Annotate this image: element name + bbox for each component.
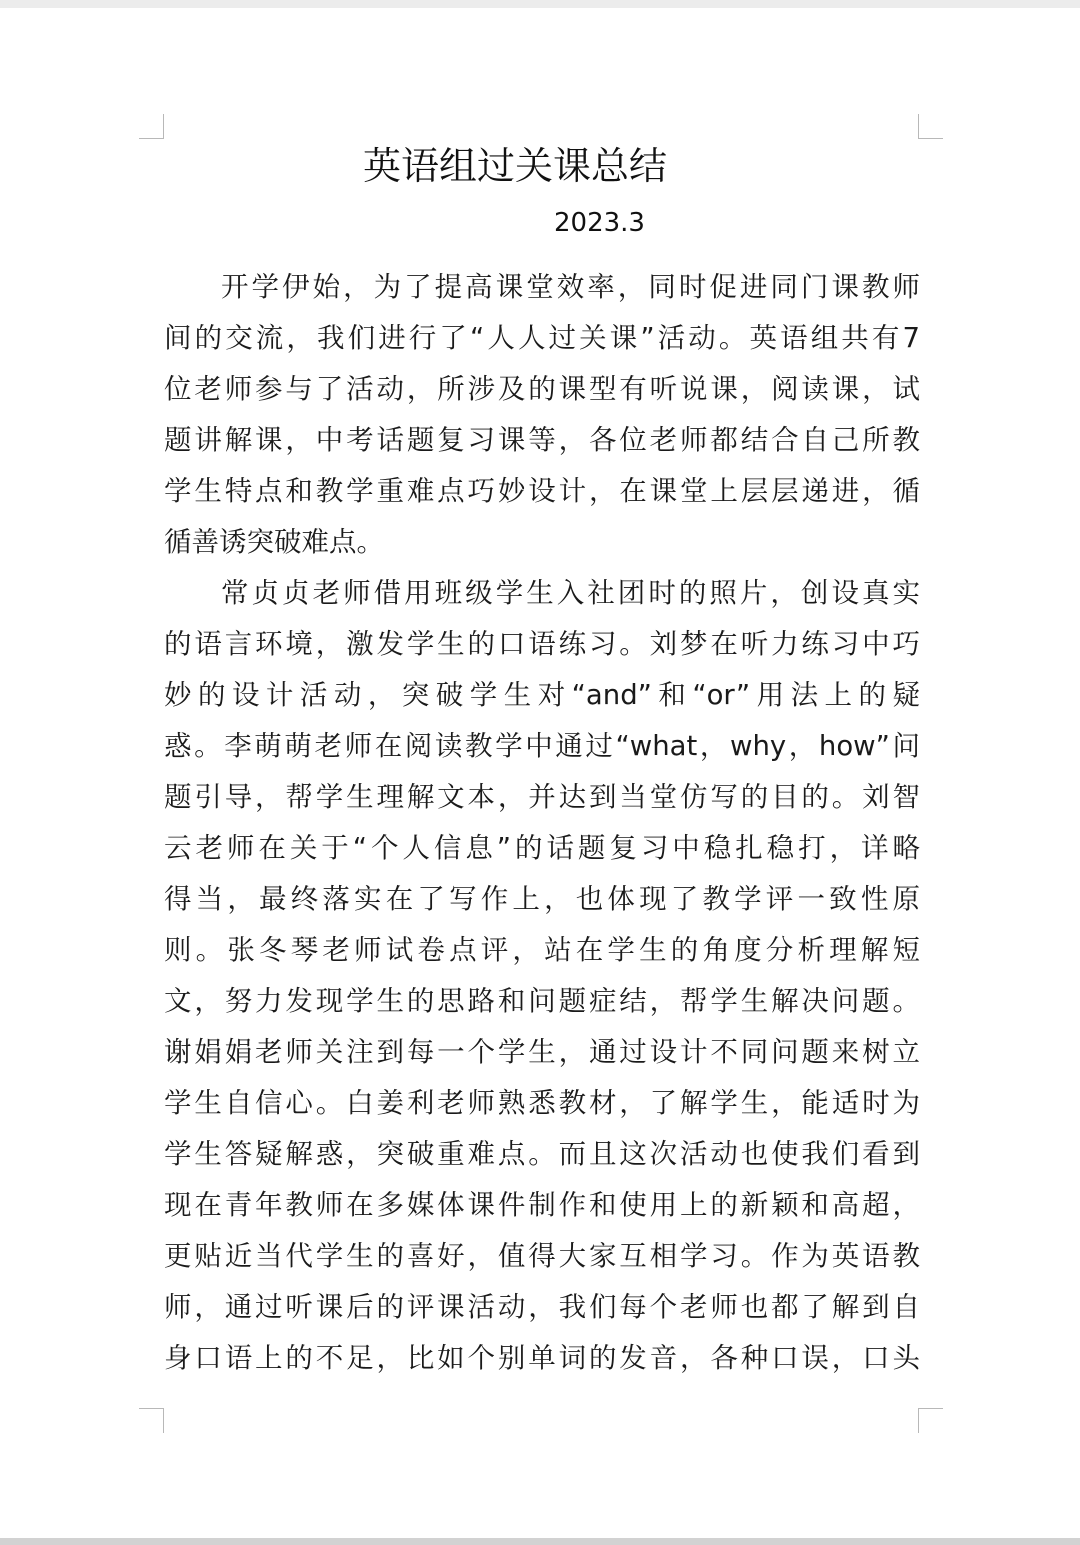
document-date: 2023.3 [554, 203, 645, 243]
top-page-gap [0, 0, 1080, 8]
paragraph-2: 常贞贞老师借用班级学生入社团时的照片，创设真实 的语言环境，激发学生的口语练习。… [164, 568, 920, 1384]
document-body: 开学伊始，为了提高课堂效率，同时促进同门课教师 间的交流，我们进行了“人人过关课… [164, 262, 920, 1384]
text-line: 更贴近当代学生的喜好，值得大家互相学习。作为英语教 [164, 1231, 920, 1282]
text-line: 学生答疑解惑，突破重难点。而且这次活动也使我们看到 [164, 1129, 920, 1180]
text-line: 的语言环境，激发学生的口语练习。刘梦在听力练习中巧 [164, 619, 920, 670]
text-line: 云老师在关于“个人信息”的话题复习中稳扎稳打，详略 [164, 823, 920, 874]
crop-mark-bottom-left [139, 1408, 164, 1433]
text-line: 间的交流，我们进行了“人人过关课”活动。英语组共有7 [164, 313, 920, 364]
text-line: 谢娟娟老师关注到每一个学生，通过设计不同问题来树立 [164, 1027, 920, 1078]
text-line: 文，努力发现学生的思路和问题症结，帮学生解决问题。 [164, 976, 920, 1027]
text-line: 则。张冬琴老师试卷点评，站在学生的角度分析理解短 [164, 925, 920, 976]
document-title: 英语组过关课总结 [0, 140, 1030, 192]
text-line: 循善诱突破难点。 [164, 517, 920, 568]
text-line: 题讲解课，中考话题复习课等，各位老师都结合自己所教 [164, 415, 920, 466]
text-line: 学生自信心。白姜利老师熟悉教材，了解学生，能适时为 [164, 1078, 920, 1129]
crop-mark-top-left [139, 114, 164, 139]
text-line: 师，通过听课后的评课活动，我们每个老师也都了解到自 [164, 1282, 920, 1333]
text-line: 常贞贞老师借用班级学生入社团时的照片，创设真实 [164, 568, 920, 619]
text-line: 学生特点和教学重难点巧妙设计，在课堂上层层递进，循 [164, 466, 920, 517]
text-line: 惑。李萌萌老师在阅读教学中通过“what，why，how”问 [164, 721, 920, 772]
paragraph-1: 开学伊始，为了提高课堂效率，同时促进同门课教师 间的交流，我们进行了“人人过关课… [164, 262, 920, 568]
text-line: 位老师参与了活动，所涉及的课型有听说课，阅读课，试 [164, 364, 920, 415]
text-line: 开学伊始，为了提高课堂效率，同时促进同门课教师 [164, 262, 920, 313]
text-line: 题引导，帮学生理解文本，并达到当堂仿写的目的。刘智 [164, 772, 920, 823]
text-line: 身口语上的不足，比如个别单词的发音，各种口误，口头 [164, 1333, 920, 1384]
crop-mark-bottom-right [918, 1408, 943, 1433]
text-line: 妙的设计活动，突破学生对“and”和“or”用法上的疑 [164, 670, 920, 721]
bottom-page-gap [0, 1538, 1080, 1545]
crop-mark-top-right [918, 114, 943, 139]
text-line: 现在青年教师在多媒体课件制作和使用上的新颖和高超， [164, 1180, 920, 1231]
text-line: 得当，最终落实在了写作上，也体现了教学评一致性原 [164, 874, 920, 925]
